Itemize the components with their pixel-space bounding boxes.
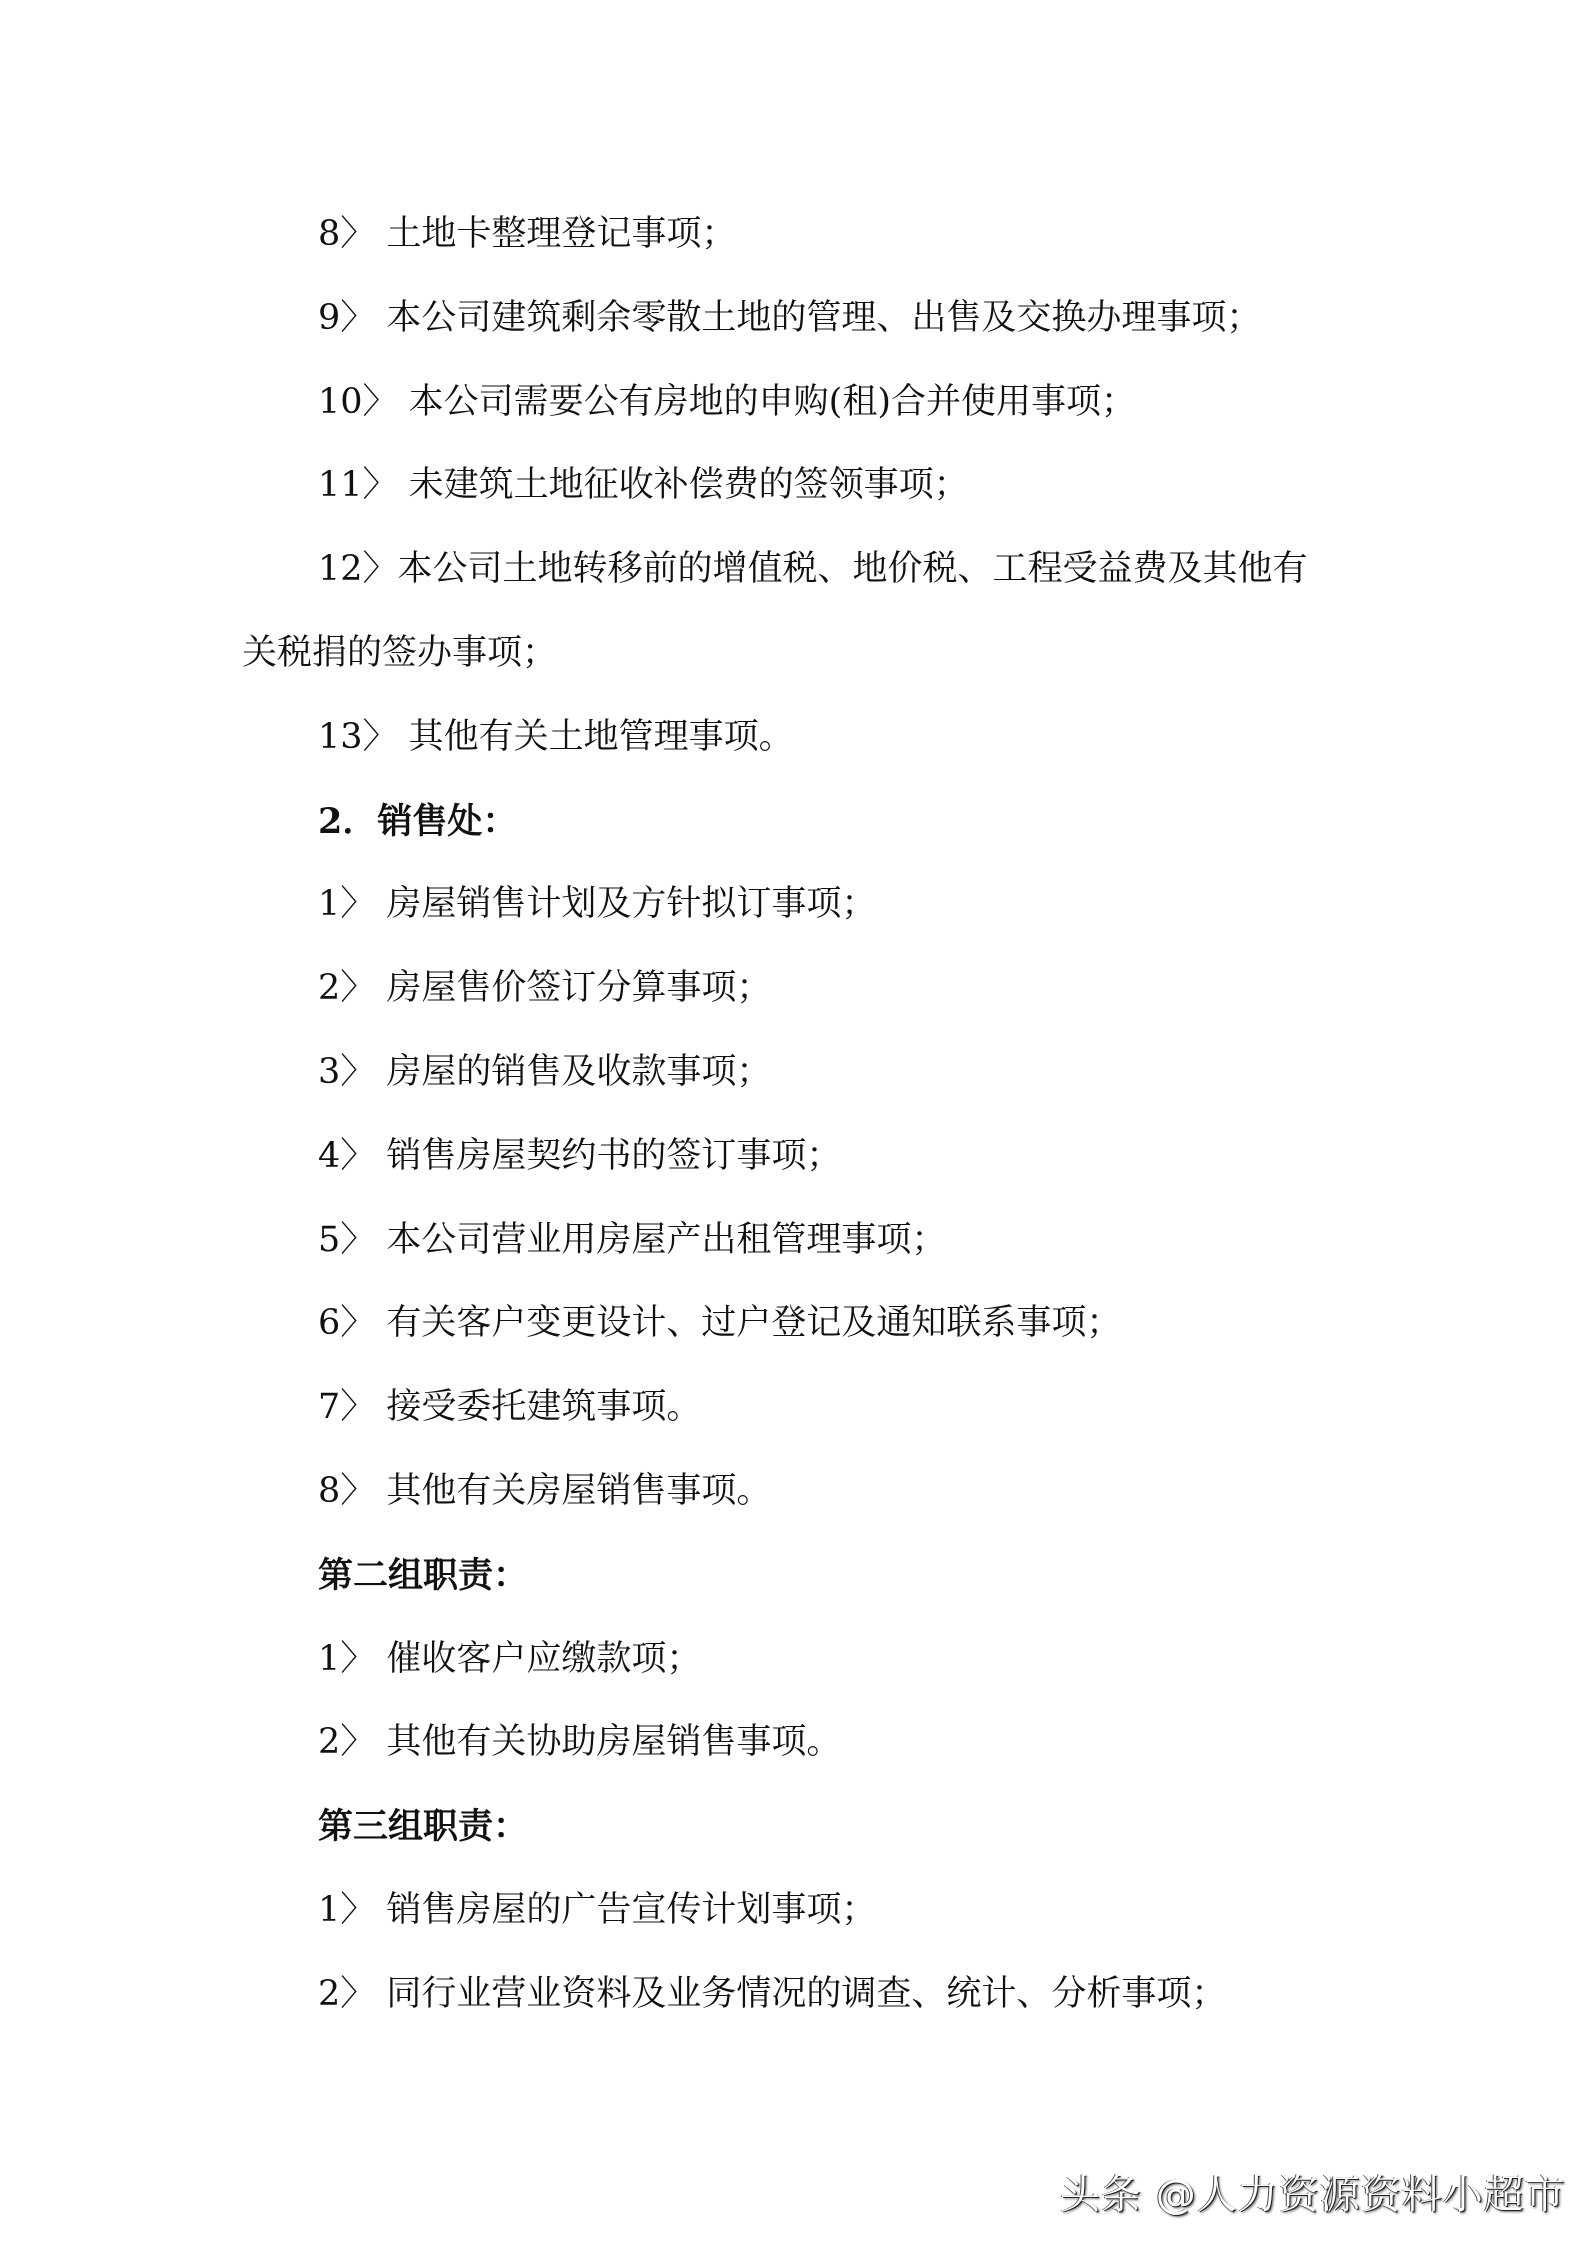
section-heading-sales-office: 2．销售处： [242, 780, 1347, 864]
list-item-contract-signing: 4〉 销售房屋契约书的签订事项； [242, 1115, 1347, 1199]
document-body: 8〉 土地卡整理登记事项； 9〉 本公司建筑剩余零散土地的管理、出售及交换办理事… [242, 193, 1347, 2037]
list-item-industry-survey: 2〉 同行业营业资料及业务情况的调查、统计、分析事项； [242, 1953, 1347, 2037]
list-item-sales-collection: 3〉 房屋的销售及收款事项； [242, 1031, 1347, 1115]
list-item-advertising-plan: 1〉 销售房屋的广告宣传计划事项； [242, 1869, 1347, 1953]
list-item-land-card-registration: 8〉 土地卡整理登记事项； [242, 193, 1347, 277]
list-item-assist-sales: 2〉 其他有关协助房屋销售事项。 [242, 1701, 1347, 1785]
list-item-other-sales: 8〉 其他有关房屋销售事项。 [242, 1450, 1347, 1534]
list-item-land-tax: 12〉本公司土地转移前的增值税、地价税、工程受益费及其他有 [242, 528, 1347, 612]
list-item-sales-plan: 1〉 房屋销售计划及方针拟订事项； [242, 863, 1347, 947]
section-heading-group-three: 第三组职责： [242, 1785, 1347, 1869]
watermark: 头条 @人力资源资料小超市 [1060, 2163, 1566, 2220]
list-item-public-land-purchase: 10〉 本公司需要公有房地的申购(租)合并使用事项； [242, 361, 1347, 445]
list-item-land-tax-continuation: 关税捐的签办事项； [242, 612, 1347, 696]
list-item-customer-changes: 6〉 有关客户变更设计、过户登记及通知联系事项； [242, 1282, 1347, 1366]
list-item-commissioned-construction: 7〉 接受委托建筑事项。 [242, 1366, 1347, 1450]
list-item-rental-management: 5〉 本公司营业用房屋产出租管理事项； [242, 1199, 1347, 1283]
list-item-price-setting: 2〉 房屋售价签订分算事项； [242, 947, 1347, 1031]
document-page: 8〉 土地卡整理登记事项； 9〉 本公司建筑剩余零散土地的管理、出售及交换办理事… [0, 0, 1587, 2245]
list-item-other-land-management: 13〉 其他有关土地管理事项。 [242, 696, 1347, 780]
section-heading-group-two: 第二组职责： [242, 1534, 1347, 1618]
list-item-surplus-land-management: 9〉 本公司建筑剩余零散土地的管理、出售及交换办理事项； [242, 277, 1347, 361]
list-item-compensation-receipt: 11〉 未建筑土地征收补偿费的签领事项； [242, 444, 1347, 528]
list-item-payment-collection: 1〉 催收客户应缴款项； [242, 1618, 1347, 1702]
